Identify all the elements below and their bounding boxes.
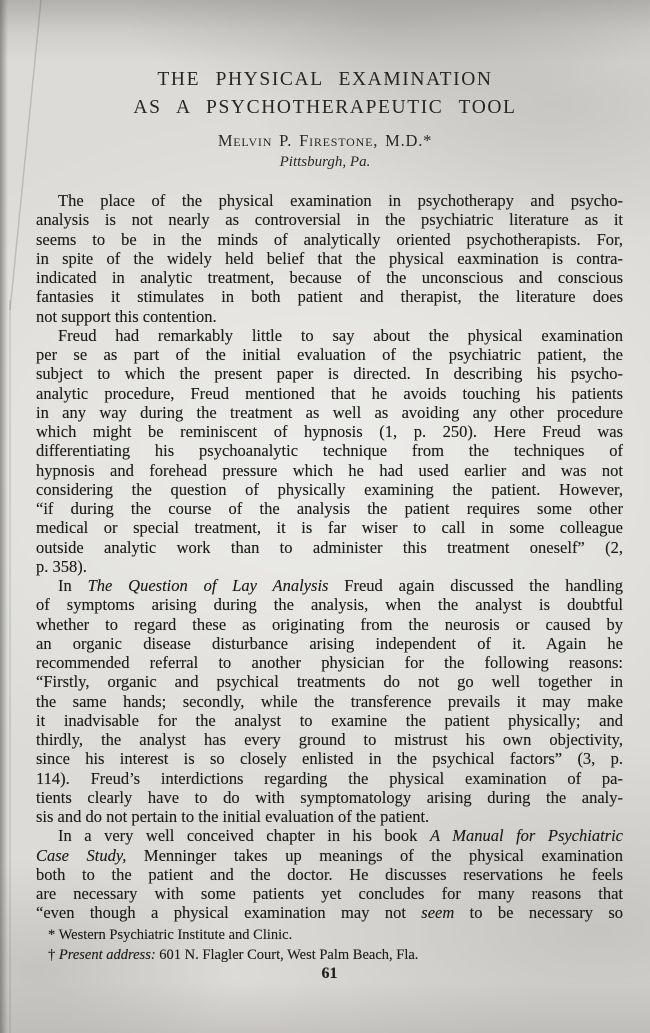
text-line: Case Study, Menninger takes up meanings …	[36, 846, 623, 865]
text-line: Freud had remarkably little to say about…	[36, 326, 623, 345]
page-content: THE PHYSICAL EXAMINATION AS A PSYCHOTHER…	[0, 70, 650, 983]
text-line: an organic disease disturbance arising i…	[36, 634, 623, 653]
text-line: since his interest is so closely enliste…	[36, 749, 623, 768]
footnotes: * Western Psychiatric Institute and Clin…	[48, 925, 623, 965]
text-line: recommended referral to another physicia…	[36, 653, 623, 672]
text-line: p. 358).	[36, 557, 623, 576]
footnote: * Western Psychiatric Institute and Clin…	[48, 925, 623, 945]
text-line: tients clearly have to do with symptomat…	[36, 788, 623, 807]
text-line: medical or special treatment, it is far …	[36, 518, 623, 537]
text-line: differentiating his psychoanalytic techn…	[36, 441, 623, 460]
text-line: not support this contention.	[36, 307, 623, 326]
text-line: it inadvisable for the analyst to examin…	[36, 711, 623, 730]
author-location: Pittsburgh, Pa.	[0, 153, 650, 171]
text-line: subject to which the present paper is di…	[36, 364, 623, 383]
text-line: hypnosis and forehead pressure which he …	[36, 461, 623, 480]
text-line: the same hands; secondly, while the tran…	[36, 692, 623, 711]
text-line: “even though a physical examination may …	[36, 903, 623, 922]
text-line: seems to be in the minds of analytically…	[36, 230, 623, 249]
text-line: sis and do not pertain to the initial ev…	[36, 807, 623, 826]
text-line: considering the question of physically e…	[36, 480, 623, 499]
text-line: both to the patient and the doctor. He d…	[36, 865, 623, 884]
text-line: indicated in analytic treatment, because…	[36, 268, 623, 287]
text-line: In a very well conceived chapter in his …	[36, 826, 623, 845]
scanned-page: { "colors": { "paper": "#dcdbd7", "ink":…	[0, 0, 650, 1033]
article-title-line1: THE PHYSICAL EXAMINATION	[0, 70, 650, 90]
text-line: analytic procedure, Freud mentioned that…	[36, 384, 623, 403]
text-line: thirdly, the analyst has every ground to…	[36, 730, 623, 749]
text-line: “Firstly, organic and psychical treatmen…	[36, 672, 623, 691]
article-body: The place of the physical examination in…	[36, 191, 623, 923]
text-line: 114). Freud’s interdictions regarding th…	[36, 769, 623, 788]
author-byline: Melvin P. Firestone, M.D.*	[0, 132, 650, 150]
footnote: † Present address: 601 N. Flagler Court,…	[48, 945, 623, 965]
text-line: outside analytic work than to administer…	[36, 538, 623, 557]
text-line: In The Question of Lay Analysis Freud ag…	[36, 576, 623, 595]
text-line: of symptoms arising during the analysis,…	[36, 595, 623, 614]
text-line: whether to regard these as originating f…	[36, 615, 623, 634]
article-title-line2: AS A PSYCHOTHERAPEUTIC TOOL	[0, 98, 650, 118]
text-line: analysis is not nearly as controversial …	[36, 210, 623, 229]
text-line: “if during the course of the analysis th…	[36, 499, 623, 518]
text-line: in spite of the widely held belief that …	[36, 249, 623, 268]
page-number: 61	[36, 965, 623, 983]
text-line: fantasies it stimulates in both patient …	[36, 287, 623, 306]
text-line: which might be reminiscent of hypnosis (…	[36, 422, 623, 441]
text-line: The place of the physical examination in…	[36, 191, 623, 210]
text-line: in any way during the treatment as well …	[36, 403, 623, 422]
text-line: per se as part of the initial evaluation…	[36, 345, 623, 364]
text-line: are necessary with some patients yet con…	[36, 884, 623, 903]
